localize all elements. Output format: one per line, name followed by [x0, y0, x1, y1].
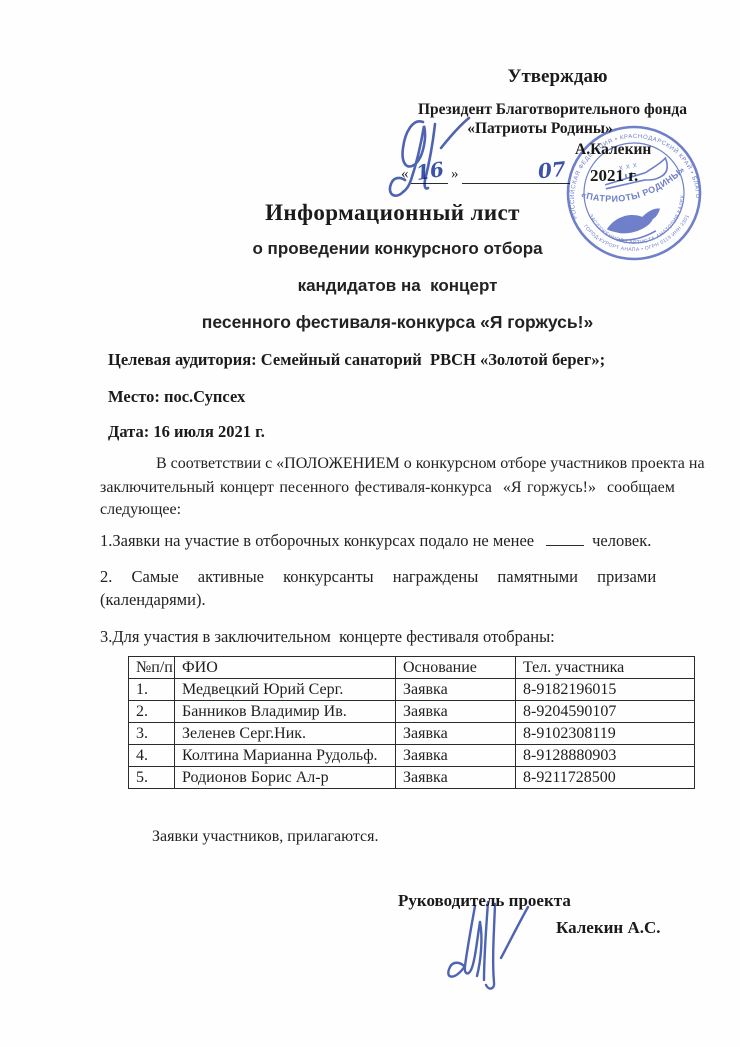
- item-1-text-before: 1.Заявки на участие в отборочных конкурс…: [100, 531, 534, 550]
- table-header-cell: Основание: [396, 657, 516, 679]
- table-cell: 1.: [129, 679, 175, 701]
- table-row: 4. Колтина Марианна Рудольф. Заявка 8-91…: [129, 745, 695, 767]
- signature-stroke: [501, 907, 528, 958]
- signature-stroke: [441, 118, 469, 148]
- item-2-line-1: 2. Самые активные конкурсанты награждены…: [100, 567, 665, 587]
- participants-table: №п/п ФИО Основание Тел. участника 1. Мед…: [128, 656, 695, 789]
- table-cell: Заявка: [396, 745, 516, 767]
- table-cell: 5.: [129, 767, 175, 789]
- table-row: 5. Родионов Борис Ал-р Заявка 8-92117285…: [129, 767, 695, 789]
- blank-line: [546, 531, 584, 546]
- closing-note: Заявки участников, прилагаются.: [152, 828, 379, 846]
- item-1-text-after: человек.: [592, 531, 651, 550]
- document-page: Утверждаю Президент Благотворительного ф…: [0, 0, 740, 1047]
- table-header-cell: ФИО: [175, 657, 396, 679]
- table-header-cell: Тел. участника: [516, 657, 695, 679]
- svg-text:«ПАТРИОТЫ РОДИНЫ»: «ПАТРИОТЫ РОДИНЫ»: [577, 163, 690, 210]
- table-cell: Заявка: [396, 723, 516, 745]
- table-row: 1. Медвецкий Юрий Серг. Заявка 8-9182196…: [129, 679, 695, 701]
- signer-name: Калекин А.С.: [556, 918, 661, 938]
- info-line-audience: Целевая аудитория: Семейный санаторий РВ…: [108, 350, 605, 370]
- signature-stroke: [448, 963, 465, 977]
- table-cell: Зеленев Серг.Ник.: [175, 723, 396, 745]
- table-row: 2. Банников Владимир Ив. Заявка 8-920459…: [129, 701, 695, 723]
- table-cell: 8-9102308119: [516, 723, 695, 745]
- item-1: 1.Заявки на участие в отборочных конкурс…: [100, 531, 651, 551]
- table-row: 3. Зеленев Серг.Ник. Заявка 8-9102308119: [129, 723, 695, 745]
- organization-stamp: РОССИЙСКАЯ ФЕДЕРАЦИЯ • КРАСНОДАРСКИЙ КРА…: [563, 124, 705, 262]
- table-cell: Родионов Борис Ал-р: [175, 767, 396, 789]
- paragraph-line-2: заключительный концерт песенного фестива…: [100, 479, 700, 497]
- table-header-cell: №п/п: [129, 657, 175, 679]
- table-cell: 4.: [129, 745, 175, 767]
- info-line-date: Дата: 16 июля 2021 г.: [108, 422, 265, 442]
- table-cell: 2.: [129, 701, 175, 723]
- table-cell: Медвецкий Юрий Серг.: [175, 679, 396, 701]
- table-cell: Колтина Марианна Рудольф.: [175, 745, 396, 767]
- subtitle-line-3: песенного фестиваля-конкурса «Я горжусь!…: [100, 312, 695, 333]
- paragraph-line-3: следующее:: [100, 501, 700, 519]
- table-cell: Банников Владимир Ив.: [175, 701, 396, 723]
- signature-stroke: [484, 902, 488, 980]
- table-cell: 8-9128880903: [516, 745, 695, 767]
- signature-stroke: [465, 906, 480, 973]
- table-header-row: №п/п ФИО Основание Тел. участника: [129, 657, 695, 679]
- info-line-place: Место: пос.Супсех: [108, 387, 245, 407]
- table-cell: Заявка: [396, 767, 516, 789]
- approve-word: Утверждаю: [415, 66, 700, 88]
- stamp-center-name: «ПАТРИОТЫ РОДИНЫ»: [577, 163, 690, 210]
- stamp-center-marks: ХХХ: [619, 163, 641, 173]
- table-cell: 3.: [129, 723, 175, 745]
- signature-stroke: [390, 178, 405, 196]
- table-cell: 8-9204590107: [516, 701, 695, 723]
- top-signature: [383, 110, 483, 205]
- subtitle-line-2: кандидатов на концерт: [100, 276, 695, 296]
- paragraph-line-1: В соответствии с «ПОЛОЖЕНИЕМ о конкурсно…: [100, 455, 700, 473]
- table-cell: Заявка: [396, 701, 516, 723]
- item-3: 3.Для участия в заключительном концерте …: [100, 627, 555, 647]
- item-2-line-2: (календарями).: [100, 590, 206, 610]
- signature-stroke: [403, 121, 425, 192]
- table-cell: 8-9211728500: [516, 767, 695, 789]
- table-cell: Заявка: [396, 679, 516, 701]
- bottom-signature: [437, 888, 547, 993]
- table-cell: 8-9182196015: [516, 679, 695, 701]
